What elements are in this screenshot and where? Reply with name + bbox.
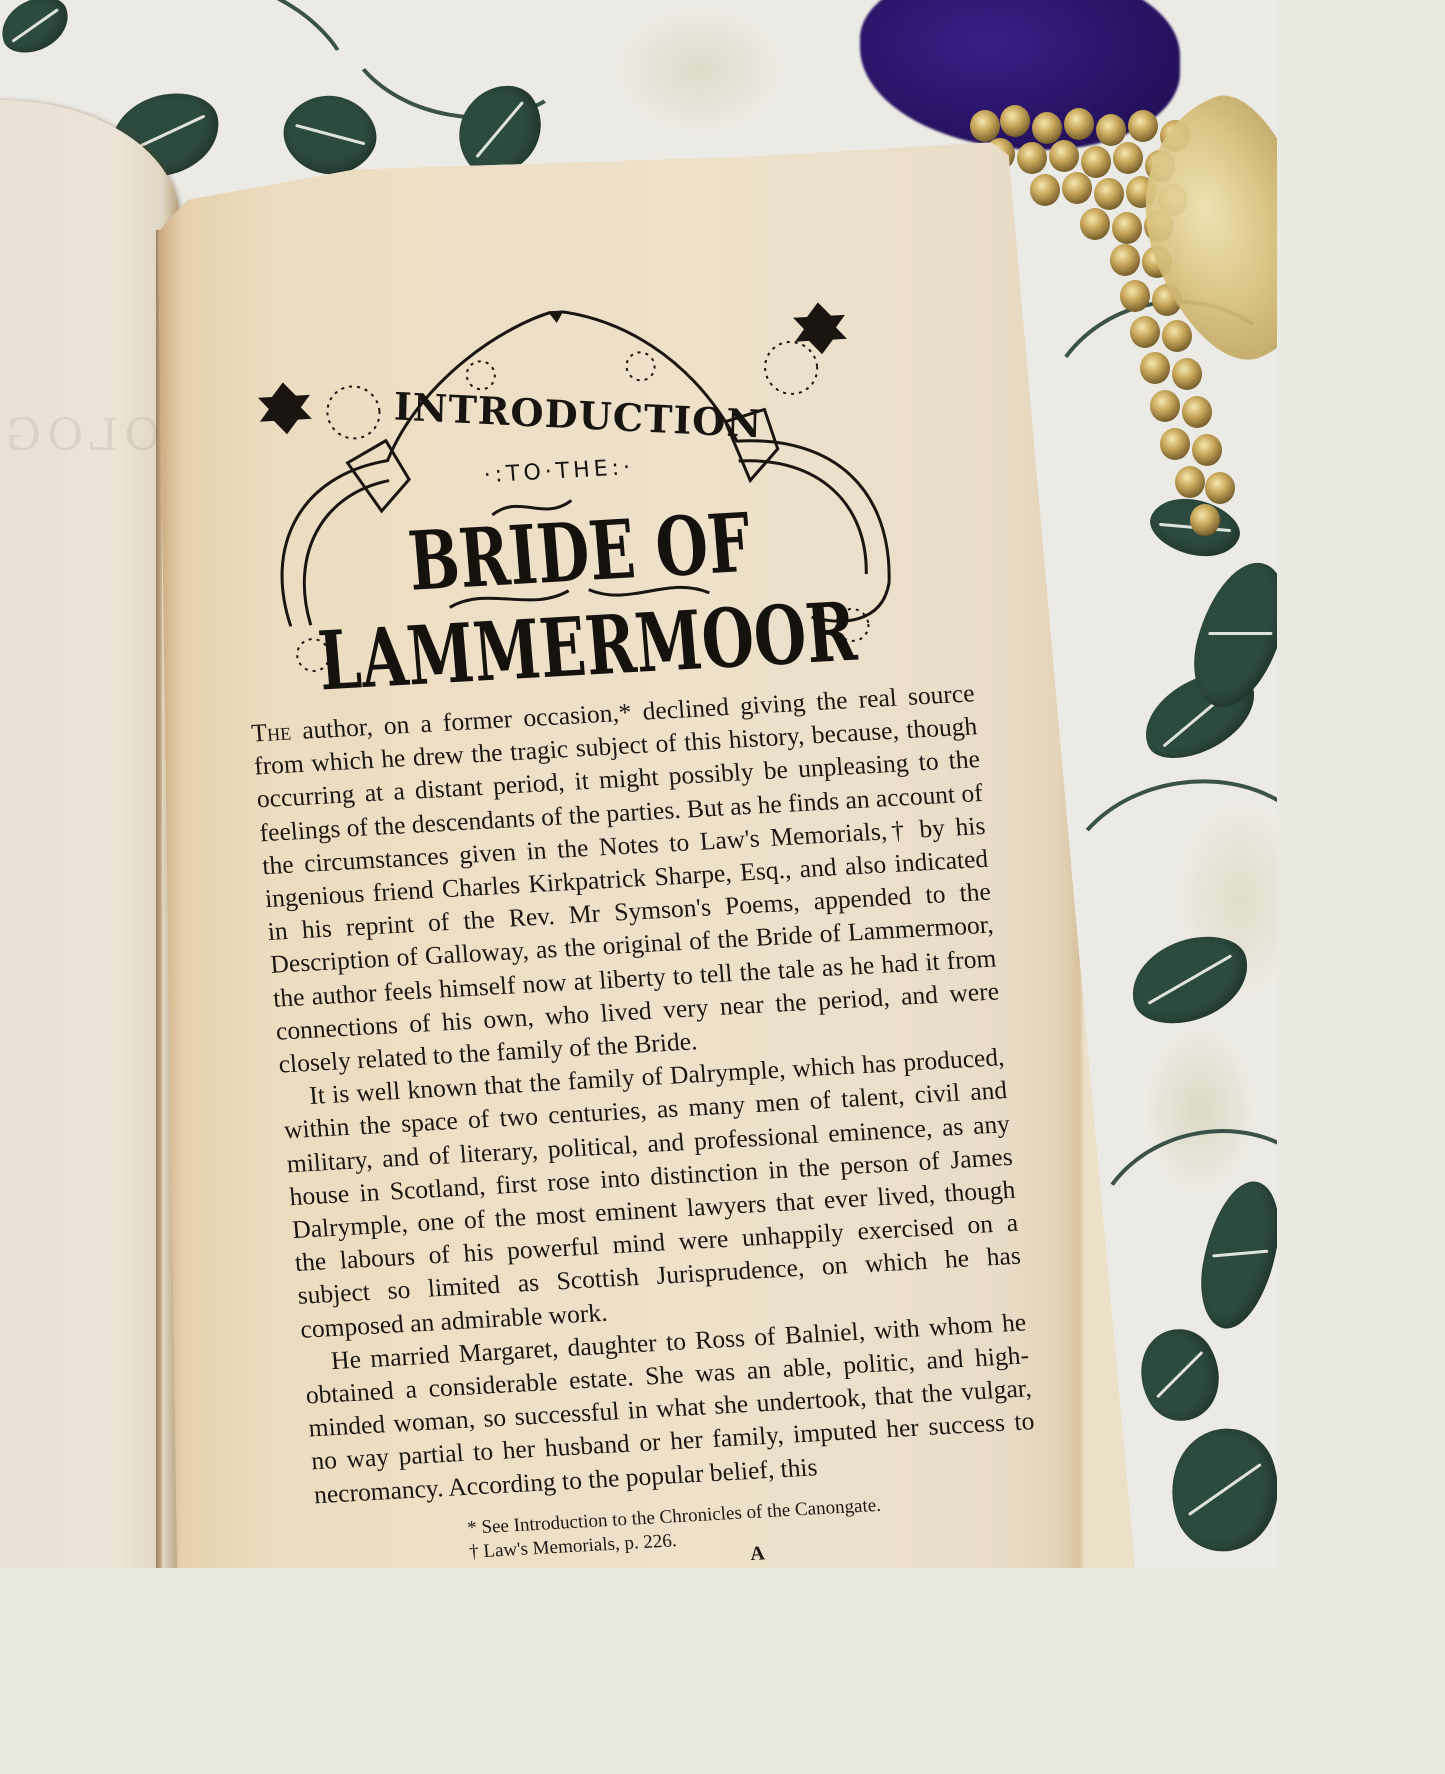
paragraph-2: It is well known that the family of Dalr… <box>280 1040 1025 1345</box>
paragraph-text: author, on a former occasion,* declined … <box>253 678 1000 1078</box>
paragraph-1: The author, on a former occasion,* decli… <box>250 676 1003 1081</box>
title-ornament: INTRODUCTION ·:TO·THE:· BRIDE OF LAMMERM… <box>226 293 914 689</box>
page-text-block: INTRODUCTION ·:TO·THE:· BRIDE OF LAMMERM… <box>215 246 1101 1568</box>
title-bride-of-lammermoor: BRIDE OF LAMMERMOOR <box>246 488 920 713</box>
leaf-icon <box>1153 1415 1277 1565</box>
leaf-icon <box>0 0 76 60</box>
lead-word: The <box>250 716 292 747</box>
left-page: ROLOG <box>0 100 180 1568</box>
body-text: The author, on a former occasion,* decli… <box>250 676 1038 1511</box>
